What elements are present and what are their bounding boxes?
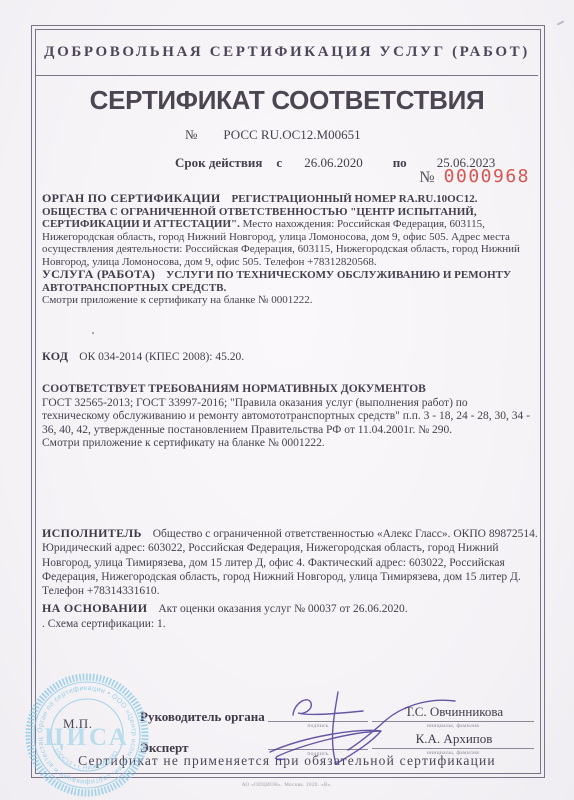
header-banner-text: ДОБРОВОЛЬНАЯ СЕРТИФИКАЦИЯ УСЛУГ (РАБОТ) <box>44 44 530 61</box>
basis-block: НА ОСНОВАНИИАкт оценки оказания услуг № … <box>42 601 538 631</box>
certification-body-paragraph: ОРГАН ПО СЕРТИФИКАЦИИРЕГИСТРАЦИОННЫЙ НОМ… <box>42 192 538 268</box>
compliance-note: Смотри приложение к сертификату на бланк… <box>42 437 538 451</box>
code-row: КОДОК 034-2014 (КПЕС 2008): 45.20. <box>42 349 244 364</box>
compliance-text: ГОСТ 32565-2013; ГОСТ 33997-2016; "Прави… <box>42 397 538 438</box>
executor-paragraph: ИСПОЛНИТЕЛЬОбщество с ограниченной ответ… <box>42 526 542 598</box>
compliance-block: СООТВЕТСТВУЕТ ТРЕБОВАНИЯМ НОРМАТИВНЫХ ДО… <box>42 383 538 451</box>
validity-label: Срок действия <box>175 155 262 170</box>
header-banner: ДОБРОВОЛЬНАЯ СЕРТИФИКАЦИЯ УСЛУГ (РАБОТ) <box>36 30 538 76</box>
service-paragraph: УСЛУГА (РАБОТА)УСЛУГИ ПО ТЕХНИЧЕСКОМУ ОБ… <box>42 268 538 294</box>
blank-number: №0000968 <box>419 166 530 187</box>
stamp-place-mark: М.П. <box>63 716 92 732</box>
executor-block: ИСПОЛНИТЕЛЬОбщество с ограниченной ответ… <box>42 526 542 598</box>
blank-number-digits: 0000968 <box>444 166 530 187</box>
basis-scheme: . Схема сертификации: 1. <box>42 617 538 632</box>
registration-number-row: №РОСС RU.OC12.M00651 <box>185 127 361 143</box>
certification-body-block: ОРГАН ПО СЕРТИФИКАЦИИРЕГИСТРАЦИОННЫЙ НОМ… <box>42 192 538 268</box>
org-label: ОРГАН ПО СЕРТИФИКАЦИИ <box>42 191 231 205</box>
signature-expert-vertical <box>332 692 338 764</box>
registration-number-value: РОСС RU.OC12.M00651 <box>223 127 360 142</box>
service-label: УСЛУГА (РАБОТА) <box>42 267 166 281</box>
number-sign: № <box>185 127 197 142</box>
executor-label: ИСПОЛНИТЕЛЬ <box>42 526 153 540</box>
service-block: УСЛУГА (РАБОТА)УСЛУГИ ПО ТЕХНИЧЕСКОМУ ОБ… <box>42 268 538 307</box>
basis-label: НА ОСНОВАНИИ <box>42 601 158 615</box>
service-note: Смотри приложение к сертификату на бланк… <box>42 294 538 307</box>
validity-from-date: 26.06.2020 <box>304 155 363 170</box>
certification-stamp-icon: Орган по сертификации • ООО «Центр испыт… <box>15 665 165 800</box>
blank-number-sign: № <box>419 169 434 186</box>
certificate-title: СЕРТИФИКАТ СООТВЕТСТВИЯ <box>0 85 574 116</box>
signature-leader-stroke <box>293 700 363 715</box>
basis-text: Акт оценки оказания услуг № 00037 от 26.… <box>158 603 407 615</box>
signature-flourish-stroke <box>348 700 455 750</box>
certificate-page: ДОБРОВОЛЬНАЯ СЕРТИФИКАЦИЯ УСЛУГ (РАБОТ) … <box>0 0 574 800</box>
compliance-heading: СООТВЕТСТВУЕТ ТРЕБОВАНИЯМ НОРМАТИВНЫХ ДО… <box>42 383 538 397</box>
signature-ink-icon <box>250 688 550 776</box>
basis-paragraph: НА ОСНОВАНИИАкт оценки оказания услуг № … <box>42 601 538 617</box>
scan-artifact <box>557 20 564 25</box>
code-value: ОК 034-2014 (КПЕС 2008): 45.20. <box>79 351 244 363</box>
validity-from-label: с <box>276 155 282 170</box>
code-label: КОД <box>42 349 79 363</box>
validity-to-label: по <box>393 155 407 170</box>
